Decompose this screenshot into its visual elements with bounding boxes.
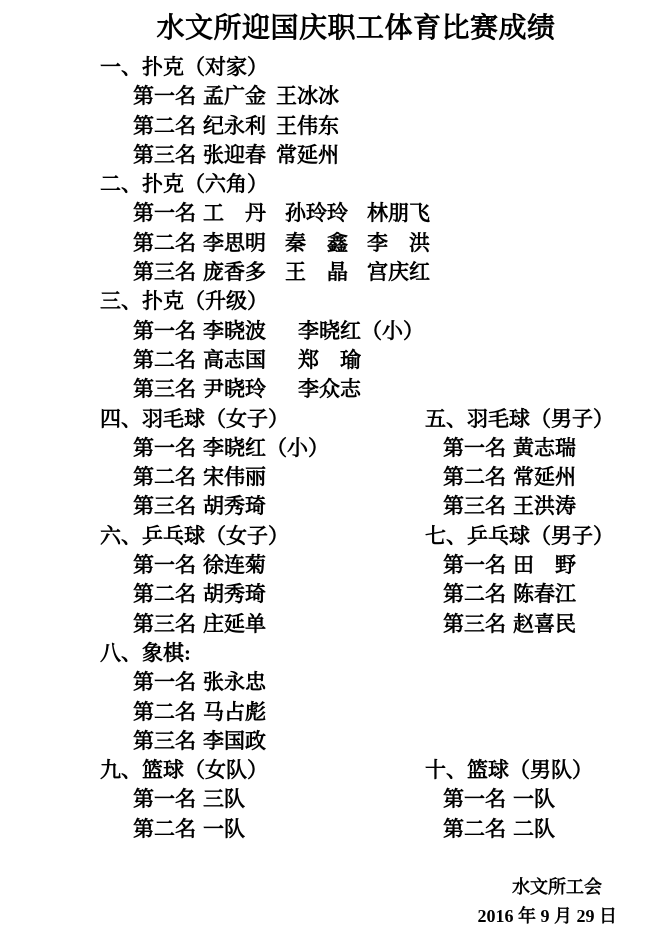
rank-label: 第一名 bbox=[443, 551, 505, 580]
rank-label: 第一名 bbox=[133, 551, 195, 580]
result-row: 第三名庞香多王 晶宫庆红 bbox=[0, 258, 668, 287]
rank-label: 第一名 bbox=[443, 434, 505, 463]
rank-label: 第二名 bbox=[443, 580, 505, 609]
winner-name: 宋伟丽 bbox=[203, 465, 266, 489]
doc-title: 水文所迎国庆职工体育比赛成绩 bbox=[0, 12, 668, 46]
winner-name: 王伟东 bbox=[276, 114, 339, 138]
result-row: 第一名孟广金王冰冰 bbox=[0, 82, 668, 111]
winner-name: 庄延单 bbox=[203, 612, 266, 636]
winner-name: 庞香多 bbox=[203, 258, 285, 287]
winner-name: 郑 瑜 bbox=[298, 348, 361, 372]
result-row: 第三名王洪涛 bbox=[425, 492, 668, 521]
rank-label: 第二名 bbox=[133, 112, 195, 141]
result-row: 第一名李晓波李晓红（小） bbox=[0, 317, 668, 346]
rank-label: 第三名 bbox=[133, 610, 195, 639]
result-row: 第二名宋伟丽 bbox=[0, 463, 425, 492]
result-row: 第三名尹晓玲李众志 bbox=[0, 375, 668, 404]
rank-label: 第一名 bbox=[133, 785, 195, 814]
result-row: 第二名二队 bbox=[425, 815, 668, 844]
winner-name: 李国政 bbox=[203, 729, 266, 753]
winner-name: 三队 bbox=[203, 787, 245, 811]
winner-name: 王冰冰 bbox=[276, 84, 339, 108]
rank-label: 第二名 bbox=[133, 346, 195, 375]
rank-label: 第一名 bbox=[133, 434, 195, 463]
result-row: 第一名李晓红（小） bbox=[0, 434, 425, 463]
winner-name: 黄志瑞 bbox=[513, 436, 576, 460]
winner-name: 纪永利 bbox=[203, 112, 276, 141]
rank-label: 第三名 bbox=[133, 492, 195, 521]
winner-name: 二队 bbox=[513, 817, 555, 841]
rank-label: 第一名 bbox=[133, 82, 195, 111]
winner-name: 林朋飞 bbox=[367, 201, 430, 225]
section-9-basketball-women: 九、篮球（女队） 第一名三队 第二名一队 bbox=[0, 756, 425, 844]
doc-body: 一、扑克（对家） 第一名孟广金王冰冰 第二名纪永利王伟东 第三名张迎春常延州 二… bbox=[0, 53, 668, 844]
result-row: 第一名张永忠 bbox=[0, 668, 668, 697]
winner-name: 陈春江 bbox=[513, 582, 576, 606]
result-row: 第二名陈春江 bbox=[425, 580, 668, 609]
doc-footer: 水文所工会 2016 年 9 月 29 日 bbox=[0, 873, 668, 932]
rank-label: 第一名 bbox=[133, 668, 195, 697]
section-heading: 九、篮球（女队） bbox=[0, 756, 425, 785]
winner-name: 张永忠 bbox=[203, 670, 266, 694]
winner-name: 孙玲玲 bbox=[285, 199, 367, 228]
winner-name: 宫庆红 bbox=[367, 260, 430, 284]
result-row: 第三名张迎春常延州 bbox=[0, 141, 668, 170]
section-10-basketball-men: 十、篮球（男队） 第一名一队 第二名二队 bbox=[425, 756, 668, 844]
section-7-table-tennis-men: 七、乒乓球（男子） 第一名田 野 第二名陈春江 第三名赵喜民 bbox=[425, 522, 668, 639]
section-8-chess: 八、象棋: 第一名张永忠 第二名马占彪 第三名李国政 bbox=[0, 639, 668, 756]
result-row: 第三名李国政 bbox=[0, 727, 668, 756]
winner-name: 一队 bbox=[513, 787, 555, 811]
rank-label: 第二名 bbox=[443, 463, 505, 492]
section-6-table-tennis-women: 六、乒乓球（女子） 第一名徐连菊 第二名胡秀琦 第三名庄延单 bbox=[0, 522, 425, 639]
result-row: 第一名三队 bbox=[0, 785, 425, 814]
winner-name: 尹晓玲 bbox=[203, 375, 298, 404]
section-heading: 五、羽毛球（男子） bbox=[425, 405, 668, 434]
winner-name: 秦 鑫 bbox=[285, 229, 367, 258]
result-row: 第二名高志国郑 瑜 bbox=[0, 346, 668, 375]
section-heading: 十、篮球（男队） bbox=[425, 756, 668, 785]
winner-name: 马占彪 bbox=[203, 700, 266, 724]
winner-name: 赵喜民 bbox=[513, 612, 576, 636]
winner-name: 工 丹 bbox=[203, 199, 285, 228]
winner-name: 王洪涛 bbox=[513, 494, 576, 518]
signature-date: 2016 年 9 月 29 日 bbox=[0, 902, 668, 931]
rank-label: 第二名 bbox=[443, 815, 505, 844]
result-row: 第三名庄延单 bbox=[0, 610, 425, 639]
winner-name: 徐连菊 bbox=[203, 553, 266, 577]
signature-org: 水文所工会 bbox=[0, 873, 668, 902]
winner-name: 胡秀琦 bbox=[203, 494, 266, 518]
winner-name: 常延州 bbox=[513, 465, 576, 489]
winner-name: 李晓红（小） bbox=[203, 436, 329, 460]
section-heading: 一、扑克（对家） bbox=[0, 53, 668, 82]
result-row: 第三名赵喜民 bbox=[425, 610, 668, 639]
section-3-poker-shengji: 三、扑克（升级） 第一名李晓波李晓红（小） 第二名高志国郑 瑜 第三名尹晓玲李众… bbox=[0, 287, 668, 404]
result-row: 第一名一队 bbox=[425, 785, 668, 814]
section-pair-badminton: 四、羽毛球（女子） 第一名李晓红（小） 第二名宋伟丽 第三名胡秀琦 五、羽毛球（… bbox=[0, 405, 668, 522]
result-row: 第一名徐连菊 bbox=[0, 551, 425, 580]
rank-label: 第三名 bbox=[133, 727, 195, 756]
winner-name: 张迎春 bbox=[203, 141, 276, 170]
winner-name: 常延州 bbox=[276, 143, 339, 167]
result-row: 第一名黄志瑞 bbox=[425, 434, 668, 463]
winner-name: 孟广金 bbox=[203, 82, 276, 111]
section-pair-table-tennis: 六、乒乓球（女子） 第一名徐连菊 第二名胡秀琦 第三名庄延单 七、乒乓球（男子）… bbox=[0, 522, 668, 639]
result-row: 第三名胡秀琦 bbox=[0, 492, 425, 521]
winner-name: 李晓波 bbox=[203, 317, 298, 346]
winner-name: 胡秀琦 bbox=[203, 582, 266, 606]
rank-label: 第一名 bbox=[443, 785, 505, 814]
result-row: 第二名一队 bbox=[0, 815, 425, 844]
section-heading: 六、乒乓球（女子） bbox=[0, 522, 425, 551]
result-row: 第一名田 野 bbox=[425, 551, 668, 580]
rank-label: 第二名 bbox=[133, 698, 195, 727]
section-heading: 三、扑克（升级） bbox=[0, 287, 668, 316]
rank-label: 第三名 bbox=[443, 610, 505, 639]
result-row: 第一名工 丹孙玲玲林朋飞 bbox=[0, 199, 668, 228]
rank-label: 第三名 bbox=[443, 492, 505, 521]
rank-label: 第二名 bbox=[133, 815, 195, 844]
section-2-poker-hexagon: 二、扑克（六角） 第一名工 丹孙玲玲林朋飞 第二名李思明秦 鑫李 洪 第三名庞香… bbox=[0, 170, 668, 287]
winner-name: 李晓红（小） bbox=[298, 319, 424, 343]
rank-label: 第三名 bbox=[133, 141, 195, 170]
section-5-badminton-men: 五、羽毛球（男子） 第一名黄志瑞 第二名常延州 第三名王洪涛 bbox=[425, 405, 668, 522]
rank-label: 第三名 bbox=[133, 258, 195, 287]
rank-label: 第二名 bbox=[133, 229, 195, 258]
section-heading: 二、扑克（六角） bbox=[0, 170, 668, 199]
result-row: 第二名马占彪 bbox=[0, 698, 668, 727]
rank-label: 第二名 bbox=[133, 580, 195, 609]
result-row: 第二名李思明秦 鑫李 洪 bbox=[0, 229, 668, 258]
document-page: 水文所迎国庆职工体育比赛成绩 一、扑克（对家） 第一名孟广金王冰冰 第二名纪永利… bbox=[0, 0, 668, 940]
section-heading: 七、乒乓球（男子） bbox=[425, 522, 668, 551]
winner-name: 田 野 bbox=[513, 553, 576, 577]
rank-label: 第二名 bbox=[133, 463, 195, 492]
winner-name: 一队 bbox=[203, 817, 245, 841]
section-heading: 八、象棋: bbox=[0, 639, 668, 668]
result-row: 第二名纪永利王伟东 bbox=[0, 112, 668, 141]
rank-label: 第一名 bbox=[133, 317, 195, 346]
winner-name: 李 洪 bbox=[367, 231, 430, 255]
section-pair-basketball: 九、篮球（女队） 第一名三队 第二名一队 十、篮球（男队） 第一名一队 第二名二… bbox=[0, 756, 668, 844]
result-row: 第二名常延州 bbox=[425, 463, 668, 492]
section-heading: 四、羽毛球（女子） bbox=[0, 405, 425, 434]
winner-name: 李众志 bbox=[298, 377, 361, 401]
rank-label: 第一名 bbox=[133, 199, 195, 228]
winner-name: 王 晶 bbox=[285, 258, 367, 287]
result-row: 第二名胡秀琦 bbox=[0, 580, 425, 609]
section-4-badminton-women: 四、羽毛球（女子） 第一名李晓红（小） 第二名宋伟丽 第三名胡秀琦 bbox=[0, 405, 425, 522]
section-1-poker-partners: 一、扑克（对家） 第一名孟广金王冰冰 第二名纪永利王伟东 第三名张迎春常延州 bbox=[0, 53, 668, 170]
winner-name: 高志国 bbox=[203, 346, 298, 375]
rank-label: 第三名 bbox=[133, 375, 195, 404]
winner-name: 李思明 bbox=[203, 229, 285, 258]
